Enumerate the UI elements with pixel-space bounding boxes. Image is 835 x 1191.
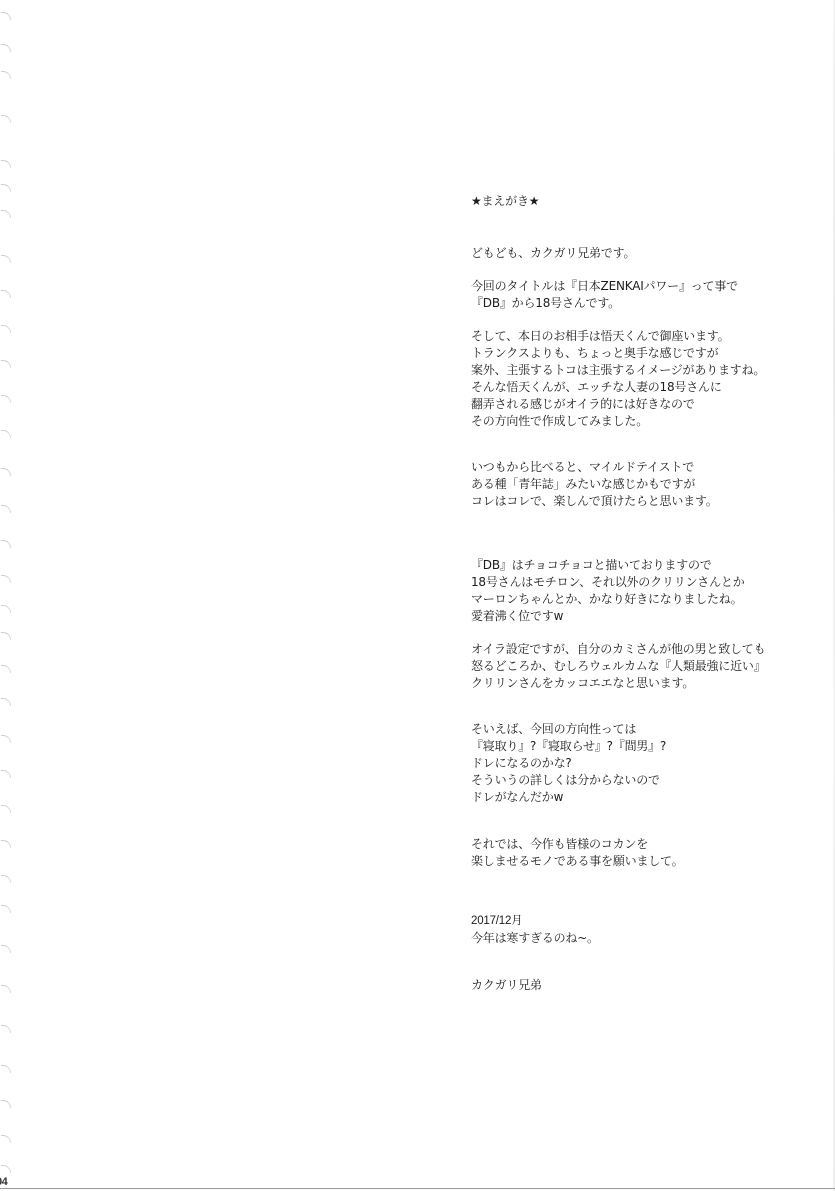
- ring-mark-icon: [1, 770, 11, 778]
- ring-mark-icon: [1, 325, 11, 333]
- ring-mark-icon: [1, 840, 11, 848]
- db-characters-line: 愛着沸く位ですw: [471, 608, 563, 624]
- ring-mark-icon: [1, 540, 11, 548]
- genre-line: ドレになるのかな?: [471, 755, 572, 771]
- bottom-border-line: [0, 1188, 835, 1189]
- ring-mark-icon: [1, 665, 11, 673]
- ring-mark-icon: [1, 184, 11, 192]
- partner-line: そして、本日のお相手は悟天くんで御座います。: [471, 328, 729, 344]
- partner-line: 翻弄される感じがオイラ的には好きなので: [471, 396, 695, 412]
- ring-mark-icon: [1, 360, 11, 368]
- ring-mark-icon: [1, 160, 11, 168]
- season-line: 今年は寒すぎるのね~。: [471, 930, 599, 946]
- ring-mark-icon: [1, 632, 11, 640]
- title-info-line: 今回のタイトルは『日本ZENKAIパワー』って事で: [471, 278, 738, 294]
- closing-line: 楽しませるモノである事を願いまして。: [471, 853, 683, 869]
- genre-line: そういうの詳しくは分からないので: [471, 772, 660, 788]
- closing-line: それでは、今作も皆様のコカンを: [471, 836, 648, 852]
- ring-mark-icon: [1, 735, 11, 743]
- foreword-title: ★まえがき★: [471, 193, 539, 209]
- ring-mark-icon: [1, 1135, 11, 1143]
- genre-line: そいえば、今回の方向性っては: [471, 721, 636, 737]
- document-page: ★まえがき★ どもども、カクガリ兄弟です。 今回のタイトルは『日本ZENKAIパ…: [0, 0, 835, 1191]
- db-characters-line: 『DB』はチョコチョコと描いておりますので: [471, 557, 712, 573]
- ring-mark-icon: [1, 1025, 11, 1033]
- date-line: 2017/12月: [471, 913, 522, 929]
- genre-line: 『寝取り』?『寝取らせ』?『間男』?: [471, 738, 666, 754]
- ring-mark-icon: [1, 505, 11, 513]
- ring-mark-icon: [1, 430, 11, 438]
- db-characters-line: マーロンちゃんとか、かなり好きになりましたね。: [471, 591, 742, 607]
- greeting-line: どもども、カクガリ兄弟です。: [471, 245, 635, 261]
- ring-mark-icon: [1, 875, 11, 883]
- ring-mark-icon: [1, 698, 11, 706]
- partner-line: トランクスよりも、ちょっと奥手な感じですが: [471, 345, 718, 361]
- ring-mark-icon: [1, 12, 11, 20]
- signature-line: カクガリ兄弟: [471, 977, 542, 993]
- ring-mark-icon: [1, 605, 11, 613]
- ring-mark-icon: [1, 575, 11, 583]
- krillin-line: 怒るどころか、むしろウェルカムな『人類最強に近い』: [471, 658, 766, 674]
- ring-mark-icon: [1, 905, 11, 913]
- title-info-line: 『DB』から18号さんです。: [471, 295, 620, 311]
- ring-mark-icon: [1, 290, 11, 298]
- genre-line: ドレがなんだかw: [471, 789, 563, 805]
- ring-mark-icon: [1, 395, 11, 403]
- ring-mark-icon: [1, 1165, 11, 1173]
- krillin-line: オイラ設定ですが、自分のカミさんが他の男と致しても: [471, 641, 765, 657]
- taste-line: コレはコレで、楽しんで頂けたらと思います。: [471, 493, 718, 509]
- ring-mark-icon: [1, 115, 11, 123]
- partner-line: 案外、主張するトコは主張するイメージがありますね。: [471, 362, 765, 378]
- ring-mark-icon: [1, 44, 11, 52]
- ring-mark-icon: [1, 210, 11, 218]
- ring-mark-icon: [1, 1065, 11, 1073]
- krillin-line: クリリンさんをカッコエエなと思います。: [471, 675, 694, 691]
- taste-line: いつもから比べると、マイルドテイストで: [471, 459, 694, 475]
- db-characters-line: 18号さんはモチロン、それ以外のクリリンさんとか: [471, 574, 745, 590]
- partner-line: その方向性で作成してみました。: [471, 413, 648, 429]
- ring-mark-icon: [1, 1100, 11, 1108]
- page-number: 04: [0, 1176, 7, 1188]
- partner-line: そんな悟天くんが、エッチな人妻の18号さんに: [471, 379, 722, 395]
- ring-mark-icon: [1, 255, 11, 263]
- ring-mark-icon: [1, 945, 11, 953]
- ring-mark-icon: [1, 468, 11, 476]
- binding-ring-marks: [0, 0, 14, 1191]
- ring-mark-icon: [1, 805, 11, 813]
- ring-mark-icon: [1, 71, 11, 79]
- taste-line: ある種「青年誌」みたいな感じかもですが: [471, 476, 695, 492]
- ring-mark-icon: [1, 985, 11, 993]
